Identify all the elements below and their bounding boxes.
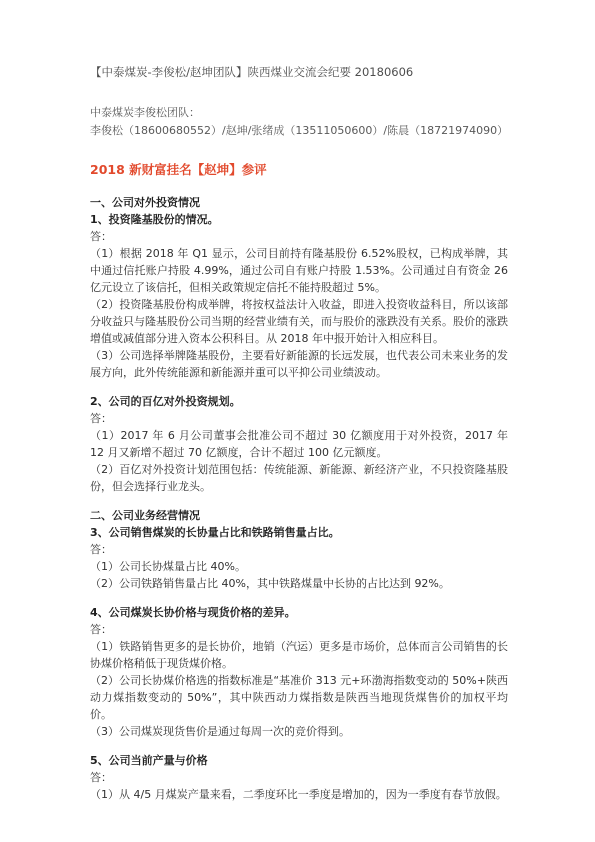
answer-label: 答： xyxy=(90,410,508,427)
promo-heading: 2018 新财富挂名【赵坤】参评 xyxy=(90,161,508,178)
answer-label: 答： xyxy=(90,769,508,786)
question-heading-4: 4、公司煤炭长协价格与现货价格的差异。 xyxy=(90,604,508,621)
answer-paragraph: （1）根据 2018 年 Q1 显示，公司目前持有隆基股份 6.52%股权，已构… xyxy=(90,245,508,296)
answer-paragraph: （3）公司煤炭现货售价是通过每周一次的竞价得到。 xyxy=(90,723,508,740)
answer-paragraph: （2）百亿对外投资计划范围包括：传统能源、新能源、新经济产业，不只投资隆基股份，… xyxy=(90,461,508,495)
answer-paragraph: （2）公司铁路销售量占比 40%，其中铁路煤量中长协的占比达到 92%。 xyxy=(90,575,508,592)
answer-paragraph: （1）从 4/5 月煤炭产量来看，二季度环比一季度是增加的，因为一季度有春节放假… xyxy=(90,786,508,803)
answer-paragraph: （2）投资隆基股份构成举牌，将按权益法计入收益，即进入投资收益科目，所以该部分收… xyxy=(90,296,508,347)
question-heading-2: 2、公司的百亿对外投资规划。 xyxy=(90,393,508,410)
page-title: 【中泰煤炭-李俊松/赵坤团队】陕西煤业交流会纪要 20180606 xyxy=(90,64,508,81)
question-heading-5: 5、公司当前产量与价格 xyxy=(90,752,508,769)
answer-label: 答： xyxy=(90,541,508,558)
answer-paragraph: （1）公司长协煤量占比 40%。 xyxy=(90,558,508,575)
answer-label: 答： xyxy=(90,228,508,245)
chapter-heading-1: 一、公司对外投资情况 xyxy=(90,194,508,211)
contact-line: 李俊松（18600680552）/赵坤/张绪成（13511050600）/陈晨（… xyxy=(90,122,508,140)
section-price-difference: 4、公司煤炭长协价格与现货价格的差异。 答： （1）铁路销售更多的是长协价，地销… xyxy=(90,604,508,740)
team-line: 中泰煤炭李俊松团队： xyxy=(90,104,508,122)
answer-paragraph: （2）公司长协煤价格选的指数标准是“基准价 313 元+环渤海指数变动的 50%… xyxy=(90,672,508,723)
answer-label: 答： xyxy=(90,621,508,638)
section-current-output: 5、公司当前产量与价格 答： （1）从 4/5 月煤炭产量来看，二季度环比一季度… xyxy=(90,752,508,803)
answer-paragraph: （3）公司选择举牌隆基股份，主要看好新能源的长远发展，也代表公司未来业务的发展方… xyxy=(90,347,508,381)
chapter-heading-2: 二、公司业务经营情况 xyxy=(90,507,508,524)
question-heading-3: 3、公司销售煤炭的长协量占比和铁路销售量占比。 xyxy=(90,524,508,541)
section-investment-plan: 2、公司的百亿对外投资规划。 答： （1）2017 年 6 月公司董事会批准公司… xyxy=(90,393,508,495)
section-investment: 一、公司对外投资情况 1、投资隆基股份的情况。 答： （1）根据 2018 年 … xyxy=(90,194,508,381)
document-page: 【中泰煤炭-李俊松/赵坤团队】陕西煤业交流会纪要 20180606 中泰煤炭李俊… xyxy=(0,0,595,842)
answer-paragraph: （1）铁路销售更多的是长协价，地销（汽运）更多是市场价，总体而言公司销售的长协煤… xyxy=(90,638,508,672)
question-heading-1: 1、投资隆基股份的情况。 xyxy=(90,211,508,228)
section-sales-ratio: 二、公司业务经营情况 3、公司销售煤炭的长协量占比和铁路销售量占比。 答： （1… xyxy=(90,507,508,592)
answer-paragraph: （1）2017 年 6 月公司董事会批准公司不超过 30 亿额度用于对外投资，2… xyxy=(90,427,508,461)
